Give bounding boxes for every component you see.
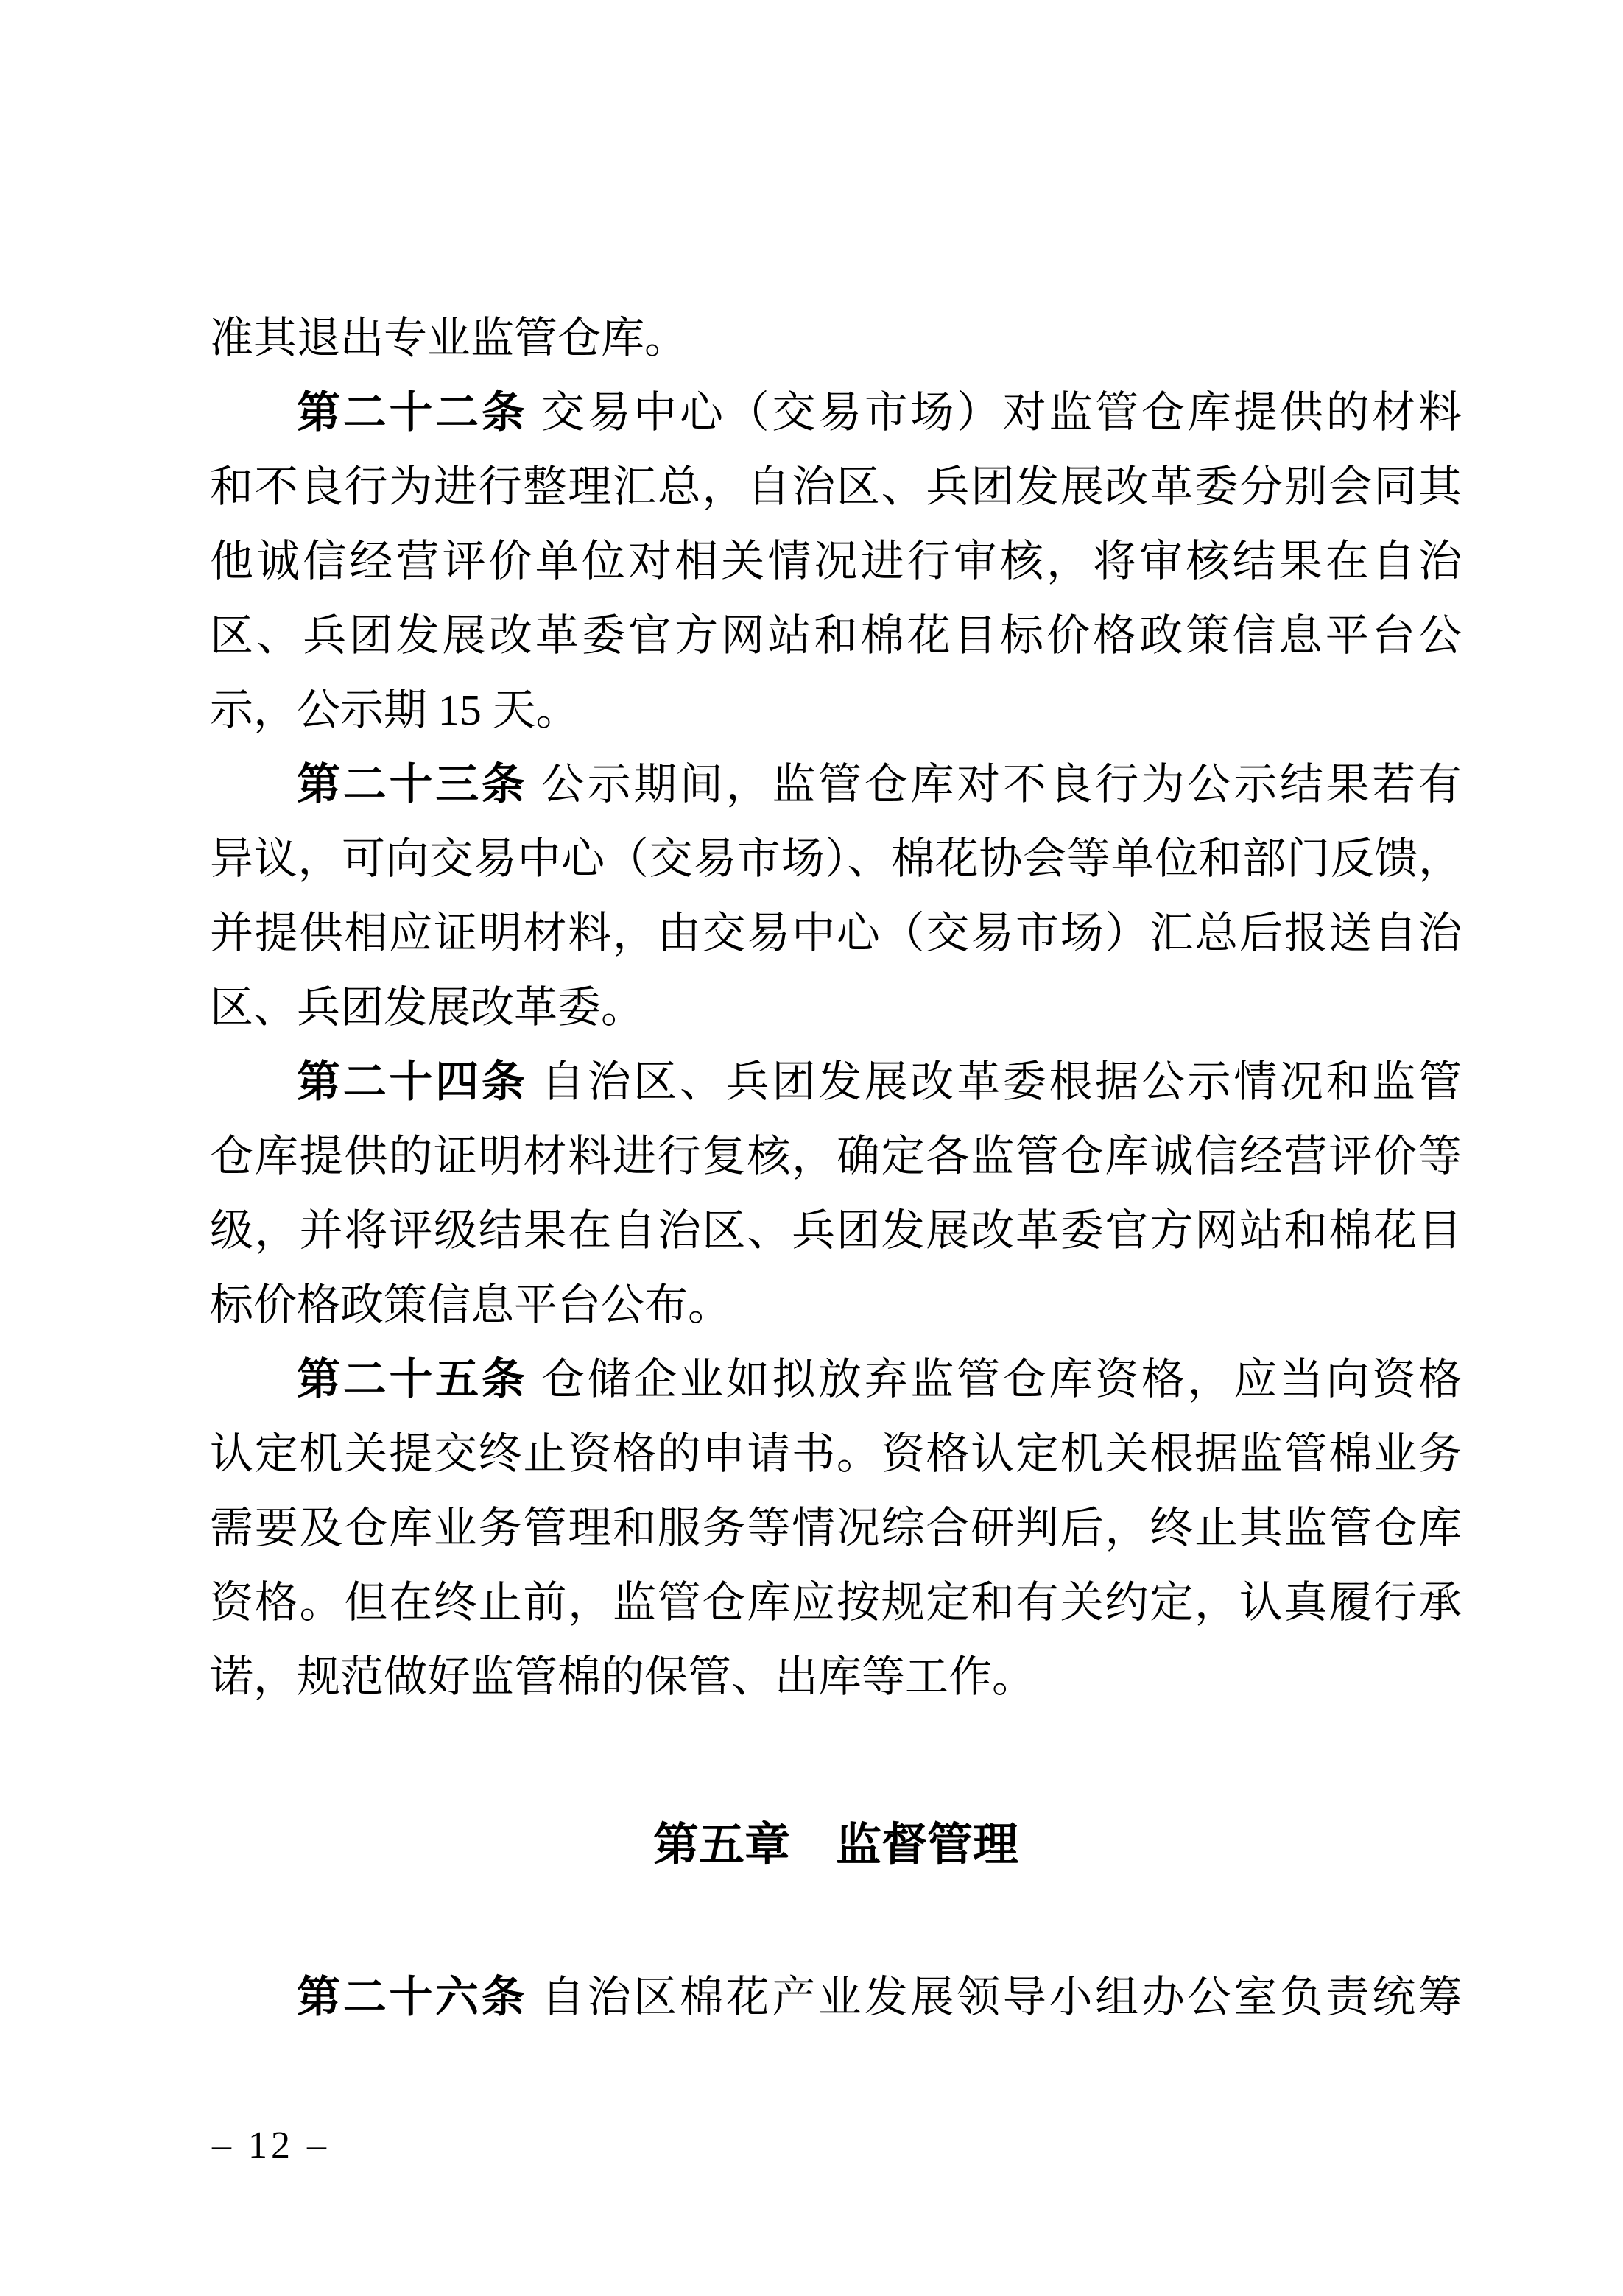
text-line: 区、兵团发展改革委官方网站和棉花目标价格政策信息平台公: [210, 599, 1462, 673]
line-text: 资格。但在终止前，监管仓库应按规定和有关约定，认真履行承: [210, 1578, 1462, 1627]
chapter-heading: 第五章 监督管理: [210, 1808, 1462, 1882]
text-line: 仓库提供的证明材料进行复核，确定各监管仓库诚信经营评价等: [210, 1119, 1462, 1194]
body-lines: 准其退出专业监管仓库。第二十二条 交易中心（交易市场）对监管仓库提供的材料和不良…: [210, 301, 1462, 1714]
text-line: 诺，规范做好监管棉的保管、出库等工作。: [210, 1640, 1462, 1714]
line-text: 自治区棉花产业发展领导小组办公室负责统筹: [541, 1973, 1462, 2021]
line-text: 自治区、兵团发展改革委根据公示情况和监管: [541, 1057, 1462, 1106]
article-number: 第二十四条: [297, 1057, 527, 1106]
line-text: 他诚信经营评价单位对相关情况进行审核，将审核结果在自治: [210, 537, 1462, 585]
line-text: 诺，规范做好监管棉的保管、出库等工作。: [210, 1652, 1035, 1701]
line-text: 异议，可向交易中心（交易市场）、棉花协会等单位和部门反馈，: [210, 834, 1462, 883]
text-line: 区、兵团发展改革委。: [210, 971, 1462, 1045]
text-line: 异议，可向交易中心（交易市场）、棉花协会等单位和部门反馈，: [210, 822, 1462, 896]
page-number: – 12 –: [212, 2124, 330, 2168]
line-text: 准其退出专业监管仓库。: [210, 314, 688, 362]
line-text: 认定机关提交终止资格的申请书。资格认定机关根据监管棉业务: [210, 1429, 1462, 1478]
article-26-line: 第二十六条 自治区棉花产业发展领导小组办公室负责统筹: [210, 1960, 1462, 2035]
line-text: 仓库提供的证明材料进行复核，确定各监管仓库诚信经营评价等: [210, 1132, 1462, 1180]
text-line: 资格。但在终止前，监管仓库应按规定和有关约定，认真履行承: [210, 1566, 1462, 1640]
line-text: 标价格政策信息平台公布。: [210, 1281, 731, 1329]
line-text: 示，公示期 15 天。: [210, 686, 580, 734]
text-line: 第二十二条 交易中心（交易市场）对监管仓库提供的材料: [210, 376, 1462, 450]
text-line: 准其退出专业监管仓库。: [210, 301, 1462, 376]
article-number: 第二十二条: [297, 388, 527, 437]
text-line: 级，并将评级结果在自治区、兵团发展改革委官方网站和棉花目: [210, 1194, 1462, 1268]
text-line: 第二十三条 公示期间，监管仓库对不良行为公示结果若有: [210, 747, 1462, 822]
line-text: 交易中心（交易市场）对监管仓库提供的材料: [541, 388, 1462, 437]
article-number: 第二十三条: [297, 760, 527, 809]
line-text: 区、兵团发展改革委官方网站和棉花目标价格政策信息平台公: [210, 611, 1462, 660]
line-text: 区、兵团发展改革委。: [210, 983, 644, 1032]
text-line: 第二十五条 仓储企业如拟放弃监管仓库资格，应当向资格: [210, 1342, 1462, 1417]
line-text: 并提供相应证明材料，由交易中心（交易市场）汇总后报送自治: [210, 909, 1462, 957]
line-text: 和不良行为进行整理汇总，自治区、兵团发展改革委分别会同其: [210, 462, 1462, 511]
line-text: 级，并将评级结果在自治区、兵团发展改革委官方网站和棉花目: [210, 1206, 1462, 1255]
text-line: 他诚信经营评价单位对相关情况进行审核，将审核结果在自治: [210, 524, 1462, 599]
text-line: 第二十六条 自治区棉花产业发展领导小组办公室负责统筹: [210, 1960, 1462, 2035]
document-page: 准其退出专业监管仓库。第二十二条 交易中心（交易市场）对监管仓库提供的材料和不良…: [0, 0, 1623, 2296]
text-line: 并提供相应证明材料，由交易中心（交易市场）汇总后报送自治: [210, 896, 1462, 971]
text-line: 和不良行为进行整理汇总，自治区、兵团发展改革委分别会同其: [210, 450, 1462, 524]
text-line: 示，公示期 15 天。: [210, 673, 1462, 747]
text-line: 标价格政策信息平台公布。: [210, 1268, 1462, 1342]
line-text: 需要及仓库业务管理和服务等情况综合研判后，终止其监管仓库: [210, 1504, 1462, 1552]
text-line: 需要及仓库业务管理和服务等情况综合研判后，终止其监管仓库: [210, 1491, 1462, 1566]
line-text: 公示期间，监管仓库对不良行为公示结果若有: [541, 760, 1462, 809]
article-number: 第二十六条: [297, 1973, 527, 2021]
line-text: 仓储企业如拟放弃监管仓库资格，应当向资格: [541, 1355, 1462, 1404]
text-line: 第二十四条 自治区、兵团发展改革委根据公示情况和监管: [210, 1045, 1462, 1119]
text-line: 认定机关提交终止资格的申请书。资格认定机关根据监管棉业务: [210, 1417, 1462, 1491]
article-number: 第二十五条: [297, 1355, 527, 1404]
